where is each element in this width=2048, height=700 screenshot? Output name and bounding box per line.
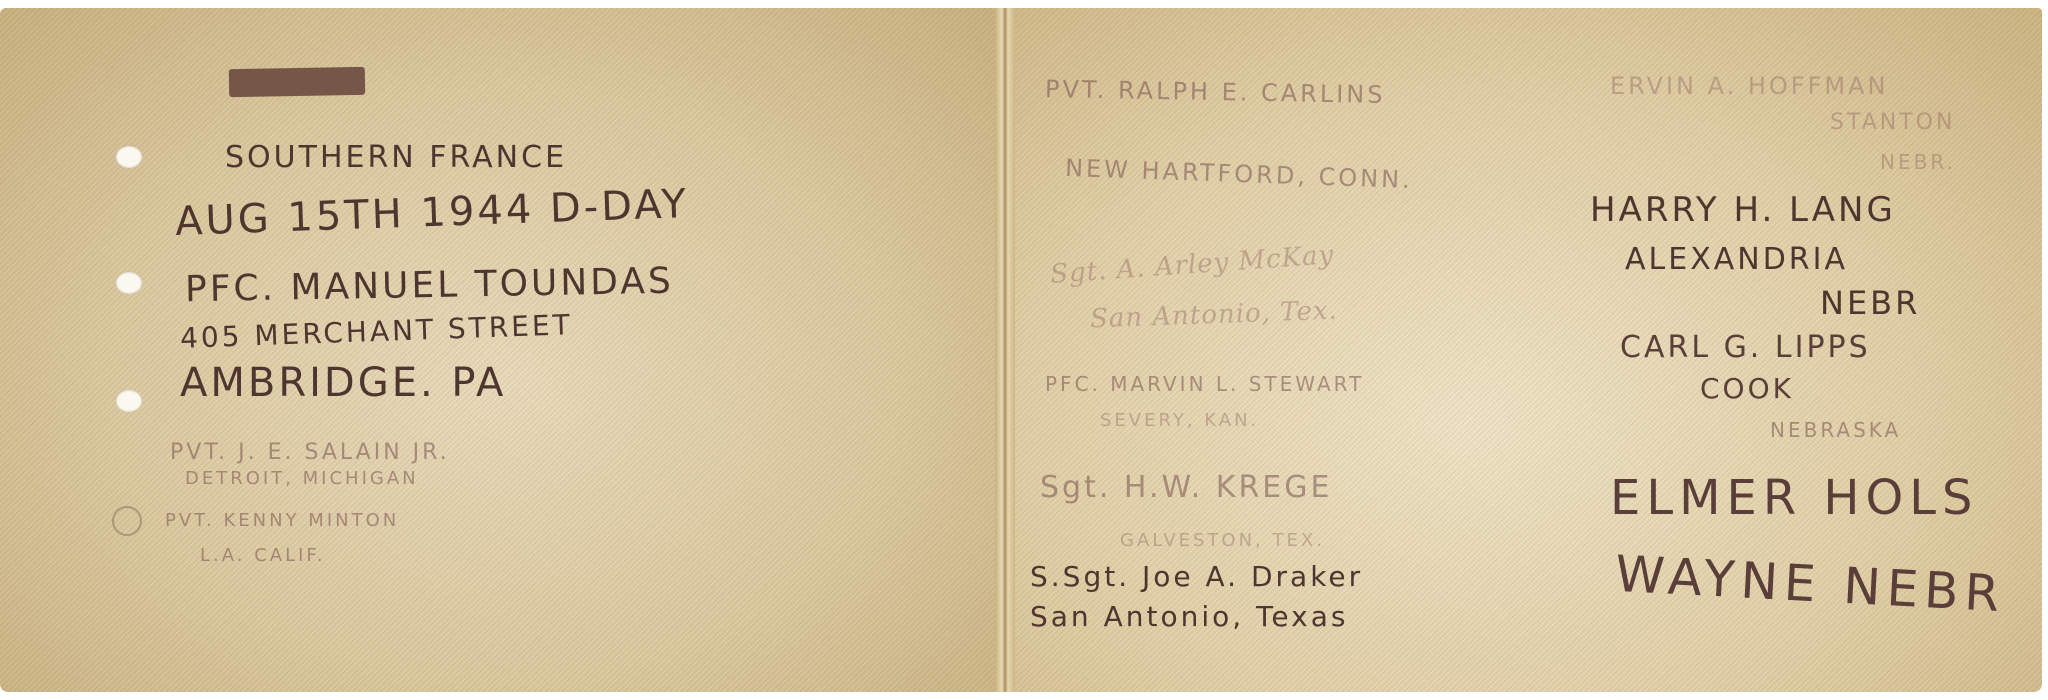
entry-address: GALVESTON, TEX. [1120, 530, 1325, 551]
entry-address: COOK [1700, 372, 1794, 405]
entry-name: PFC. MANUEL TOUNDAS [185, 261, 674, 311]
entry-name: S.Sgt. Joe A. Draker [1030, 560, 1363, 593]
redacted-heading [229, 67, 365, 97]
entry-name: PVT. J. E. SALAIN JR. [170, 440, 450, 465]
entry-address: ALEXANDRIA [1625, 242, 1848, 277]
entry-address: San Antonio, Texas [1030, 600, 1348, 633]
entry-name: HARRY H. LANG [1590, 190, 1896, 230]
book-spine [995, 8, 1015, 692]
binder-hole [116, 146, 142, 168]
left-page [0, 8, 1003, 692]
entry-name: ERVIN A. HOFFMAN [1610, 72, 1888, 100]
entry-address: L.A. CALIF. [200, 545, 326, 566]
entry-address: NEBR. [1880, 150, 1956, 174]
entry-address: NEBRASKA [1770, 418, 1901, 442]
location-heading: SOUTHERN FRANCE [225, 140, 567, 175]
binder-hole-outline [112, 506, 142, 536]
entry-name: ELMER HOLS [1610, 470, 1979, 526]
entry-name: PFC. MARVIN L. STEWART [1045, 372, 1364, 396]
entry-name: PVT. RALPH E. CARLINS [1045, 75, 1386, 109]
entry-address: DETROIT, MICHIGAN [185, 468, 419, 489]
binder-hole [116, 390, 142, 412]
entry-name: CARL G. LIPPS [1620, 330, 1871, 365]
entry-address: SEVERY, KAN. [1100, 410, 1259, 431]
entry-name: Sgt. H.W. KREGE [1040, 470, 1332, 505]
binder-hole [116, 272, 142, 294]
entry-address: STANTON [1830, 110, 1955, 135]
entry-address: AMBRIDGE. PA [180, 360, 506, 406]
notebook-spread: SOUTHERN FRANCE AUG 15TH 1944 D-DAY PFC.… [0, 0, 2048, 700]
entry-address: NEBR [1820, 284, 1920, 322]
entry-name: PVT. KENNY MINTON [165, 510, 399, 531]
